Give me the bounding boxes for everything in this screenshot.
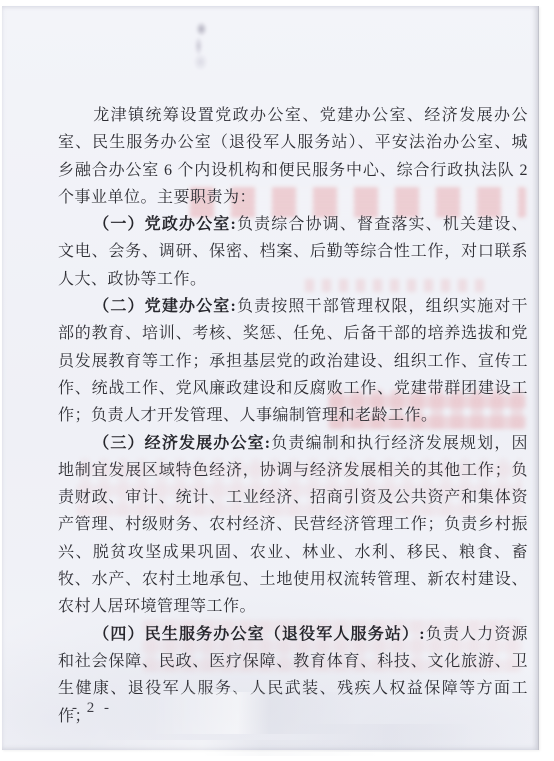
- screenshot-root: 龙津镇统筹设置党政办公室、党建办公室、经济发展办公室、民生服务办公室（退役军人服…: [0, 0, 554, 761]
- section-label: （四）民生服务办公室（退役军人服务站）:: [93, 626, 425, 643]
- section-text: 负责按照干部管理权限，组织实施对干部的教育、培训、考核、奖惩、任免、后备干部的培…: [58, 298, 528, 424]
- paper-crease: [42, 740, 442, 756]
- paragraph-livelihood-service-office: （四）民生服务办公室（退役军人服务站）:负责人力资源和社会保障、民政、医疗保障、…: [58, 621, 528, 730]
- paragraph-intro: 龙津镇统筹设置党政办公室、党建办公室、经济发展办公室、民生服务办公室（退役军人服…: [58, 102, 528, 211]
- scanned-page: 龙津镇统筹设置党政办公室、党建办公室、经济发展办公室、民生服务办公室（退役军人服…: [2, 6, 539, 750]
- ink-smudge: [186, 20, 214, 70]
- section-text: 龙津镇统筹设置党政办公室、党建办公室、经济发展办公室、民生服务办公室（退役军人服…: [58, 107, 528, 206]
- paragraph-party-building-office: （二）党建办公室:负责按照干部管理权限，组织实施对干部的教育、培训、考核、奖惩、…: [58, 293, 528, 429]
- section-text: 负责编制和执行经济发展规划，因地制宜发展区域特色经济，协调与经济发展相关的其他工…: [58, 435, 528, 616]
- page-number: - 2 -: [72, 700, 112, 717]
- section-label: （三）经济发展办公室:: [93, 435, 270, 452]
- paragraph-party-government-office: （一）党政办公室:负责综合协调、督查落实、机关建设、文电、会务、调研、保密、档案…: [58, 211, 528, 293]
- document-body: 龙津镇统筹设置党政办公室、党建办公室、经济发展办公室、民生服务办公室（退役军人服…: [58, 102, 528, 730]
- paragraph-economic-development-office: （三）经济发展办公室:负责编制和执行经济发展规划，因地制宜发展区域特色经济，协调…: [58, 430, 528, 621]
- section-label: （二）党建办公室:: [93, 298, 236, 315]
- section-label: （一）党政办公室:: [93, 216, 236, 233]
